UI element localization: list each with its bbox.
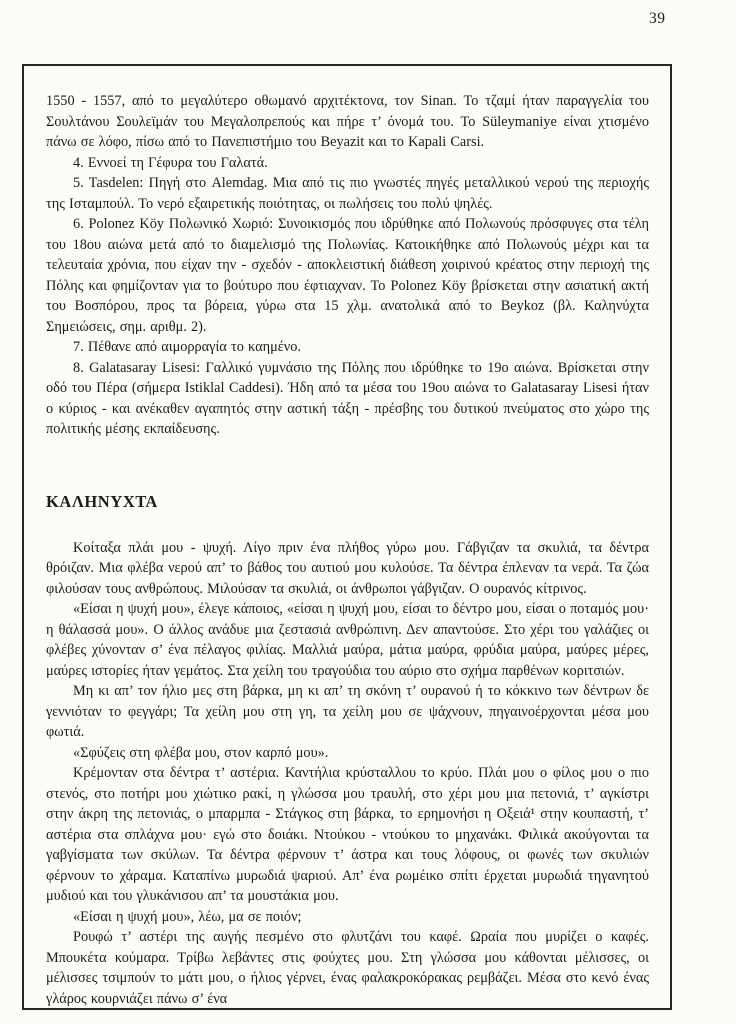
story-section: Κοίταξα πλάι μου - ψυχή. Λίγο πριν ένα π… <box>46 538 649 1010</box>
story-paragraph: Κοίταξα πλάι μου - ψυχή. Λίγο πριν ένα π… <box>46 538 649 600</box>
content-frame: 1550 - 1557, από το μεγαλύτερο οθωμανό α… <box>22 64 672 1010</box>
page-number: 39 <box>649 10 666 28</box>
note-paragraph: 5. Tasdelen: Πηγή στο Alemdag. Μια από τ… <box>46 173 649 214</box>
story-paragraph: Κρέμονταν στα δέντρα τ’ αστέρια. Καντήλι… <box>46 763 649 907</box>
story-paragraph: «Είσαι η ψυχή μου», έλεγε κάποιος, «είσα… <box>46 599 649 681</box>
note-paragraph: 1550 - 1557, από το μεγαλύτερο οθωμανό α… <box>46 91 649 153</box>
story-paragraph: «Είσαι η ψυχή μου», λέω, μα σε ποιόν; <box>46 907 649 928</box>
notes-section: 1550 - 1557, από το μεγαλύτερο οθωμανό α… <box>46 91 649 440</box>
note-paragraph: 8. Galatasaray Lisesi: Γαλλικό γυμνάσιο … <box>46 358 649 440</box>
story-paragraph: «Σφύζεις στη φλέβα μου, στον καρπό μου». <box>46 743 649 764</box>
story-paragraph: Ρουφώ τ’ αστέρι της αυγής πεσμένο στο φλ… <box>46 927 649 1009</box>
story-title: ΚΑΛΗΝΥΧΤΑ <box>46 492 649 512</box>
book-page: 39 1550 - 1557, από το μεγαλύτερο οθωμαν… <box>0 0 736 1024</box>
note-paragraph: 7. Πέθανε από αιμορραγία το καημένο. <box>46 337 649 358</box>
note-paragraph: 6. Polonez Köy Πολωνικό Χωριό: Συνοικισμ… <box>46 214 649 337</box>
story-paragraph: Μη κι απ’ τον ήλιο μες στη βάρκα, μη κι … <box>46 681 649 743</box>
note-paragraph: 4. Εννοεί τη Γέφυρα του Γαλατά. <box>46 153 649 174</box>
